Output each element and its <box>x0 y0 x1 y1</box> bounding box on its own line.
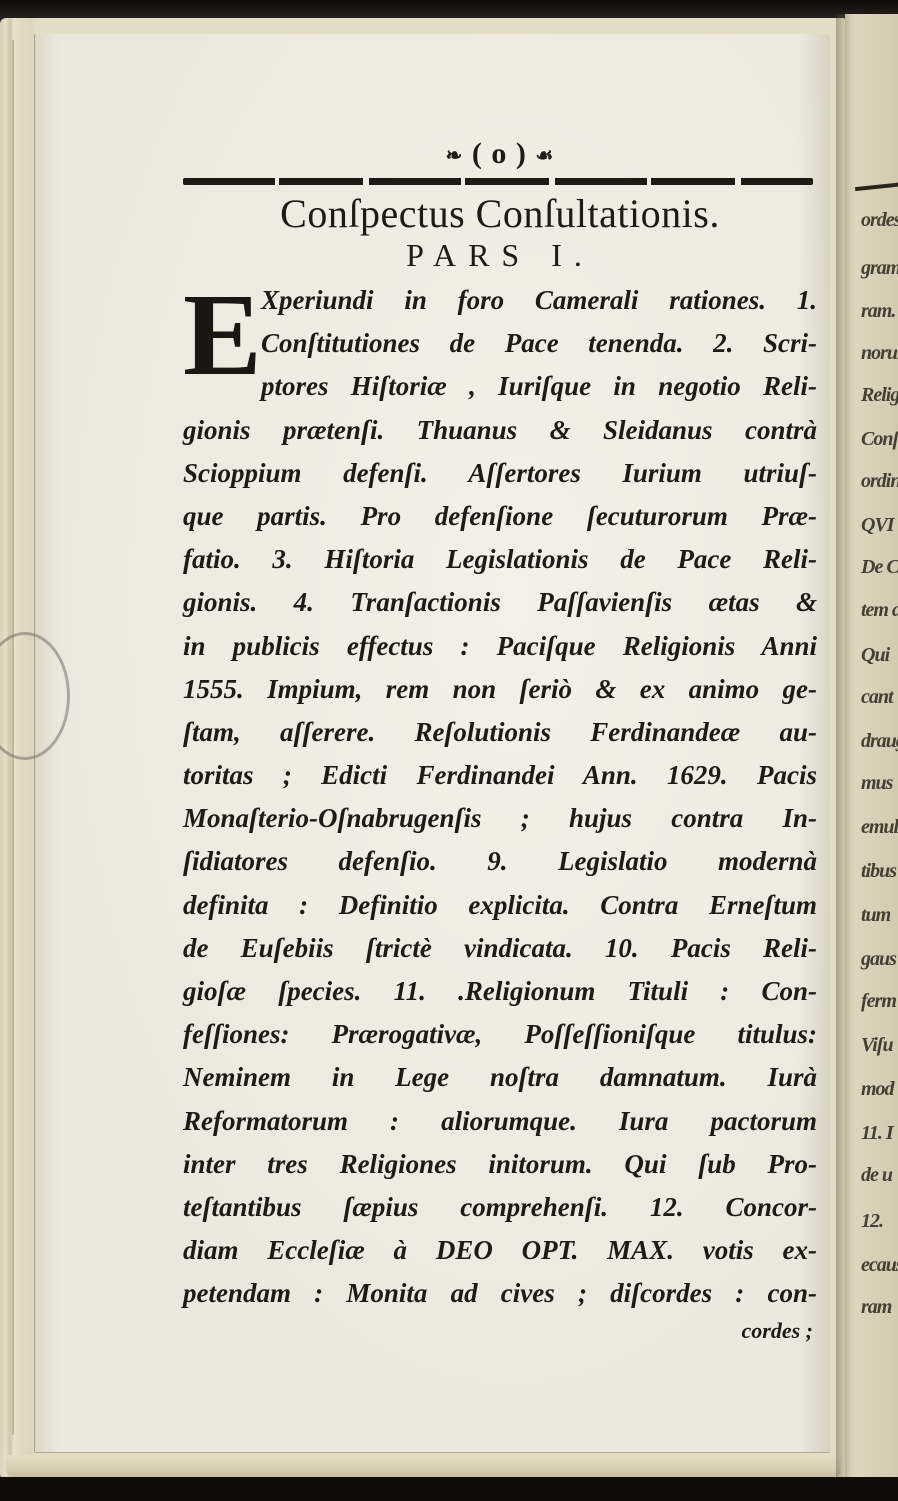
facing-text: QVI <box>861 514 894 537</box>
facing-text: ram <box>861 1296 891 1319</box>
page-title: Conſpectus Conſultationis. <box>183 191 817 237</box>
facing-text: ordes: I <box>861 209 898 232</box>
text-line: fatio. 3. Hiſtoria Legislationis de Pace… <box>183 538 817 581</box>
text-line: Reformatorum : aliorumque. Iura pactorum <box>183 1100 817 1143</box>
text-line: ptores Hiſtoriæ , Iuriſque in negotio Re… <box>183 365 817 408</box>
text-line: gioſæ ſpecies. 11. .Religionum Tituli : … <box>183 970 817 1013</box>
text-line: in publicis effectus : Paciſque Religion… <box>183 625 817 668</box>
text-line: que partis. Pro defenſione ſecuturorum P… <box>183 495 817 538</box>
page-number-mark: ( o ) <box>472 137 527 170</box>
text-line: definita : Definitio explicita. Contra E… <box>183 884 817 927</box>
page-header: ❧ ( o ) ☙ <box>183 134 817 174</box>
fleuron-left-icon: ❧ <box>446 145 464 167</box>
facing-text: De Ci <box>861 556 898 579</box>
text-line: gionis prætenſi. Thuanus & Sleidanus con… <box>183 409 817 452</box>
facing-text: gram. c <box>861 257 898 280</box>
text-line: Monaſterio-Oſnabrugenſis ; hujus contra … <box>183 797 817 840</box>
facing-text: mod <box>861 1078 894 1101</box>
text-line: gionis. 4. Tranſactionis Paſſavienſis æt… <box>183 581 817 624</box>
text-line: Xperiundi in foro Camerali rationes. 1. <box>183 279 817 322</box>
facing-text: gaus <box>861 948 896 971</box>
text-line: inter tres Religiones initorum. Qui ſub … <box>183 1143 817 1186</box>
text-line: diam Eccleſiæ à DEO OPT. MAX. votis ex- <box>183 1229 817 1272</box>
text-line: ſtam, aſſerere. Reſolutionis Ferdinandeæ… <box>183 711 817 754</box>
facing-text: ordinat <box>861 470 898 493</box>
page-bottom-edge <box>6 1455 841 1477</box>
facing-text: tem al <box>861 599 898 622</box>
facing-text: tibus <box>861 860 896 883</box>
facing-page: ordes: I gram. c ram. ( norum I Religion… <box>845 14 898 1479</box>
text-line: toritas ; Edicti Ferdinandei Ann. 1629. … <box>183 754 817 797</box>
facing-text: Qui <box>861 644 889 667</box>
facing-text: ram. ( <box>861 300 898 323</box>
section-heading: PARS I. <box>183 237 817 273</box>
facing-text: cant <box>861 686 893 709</box>
facing-text: norum I <box>861 342 898 365</box>
facing-text: mus <box>861 772 892 795</box>
facing-text: Conſult <box>861 428 898 451</box>
text-line: feſſiones: Prærogativæ, Poſſeſſioniſque … <box>183 1013 817 1056</box>
fleuron-right-icon: ☙ <box>535 145 554 167</box>
facing-text: 11. I <box>861 1122 893 1145</box>
text-line: de Euſebiis ſtrictè vindicata. 10. Pacis… <box>183 927 817 970</box>
header-rule <box>183 178 813 185</box>
facing-text: 12. <box>861 1210 883 1233</box>
text-line: Conſtitutiones de Pace tenenda. 2. Scri- <box>183 322 817 365</box>
facing-text: draug <box>861 730 898 753</box>
facing-text: Viſu <box>861 1034 893 1057</box>
facing-text: emula <box>861 816 898 839</box>
bottom-shadow <box>0 1477 898 1501</box>
text-line: Neminem in Lege noſtra damnatum. Iurà <box>183 1056 817 1099</box>
facing-text: ferm <box>861 990 896 1013</box>
page-text-block: ❧ ( o ) ☙ Conſpectus Conſultationis. PAR… <box>183 134 817 1346</box>
scanned-book-spread: ordes: I gram. c ram. ( norum I Religion… <box>0 0 898 1501</box>
gutter-shadow <box>836 14 850 1479</box>
facing-text: ecaus <box>861 1254 898 1277</box>
drop-cap: E <box>183 285 262 385</box>
catchword: cordes ; <box>183 1316 817 1346</box>
body-text: E Xperiundi in foro Camerali rationes. 1… <box>183 279 817 1316</box>
text-line: ſidiatores defenſio. 9. Legislatio moder… <box>183 840 817 883</box>
facing-text: Religion <box>861 384 898 407</box>
text-line: petendam : Monita ad cives ; diſcordes :… <box>183 1272 817 1315</box>
text-line: Scioppium defenſi. Aſſertores Iurium utr… <box>183 452 817 495</box>
text-line: 1555. Impium, rem non ſeriò & ex animo g… <box>183 668 817 711</box>
text-line: teſtantibus ſæpius comprehenſi. 12. Conc… <box>183 1186 817 1229</box>
facing-text: de u <box>861 1164 892 1187</box>
facing-text: tum <box>861 904 890 927</box>
